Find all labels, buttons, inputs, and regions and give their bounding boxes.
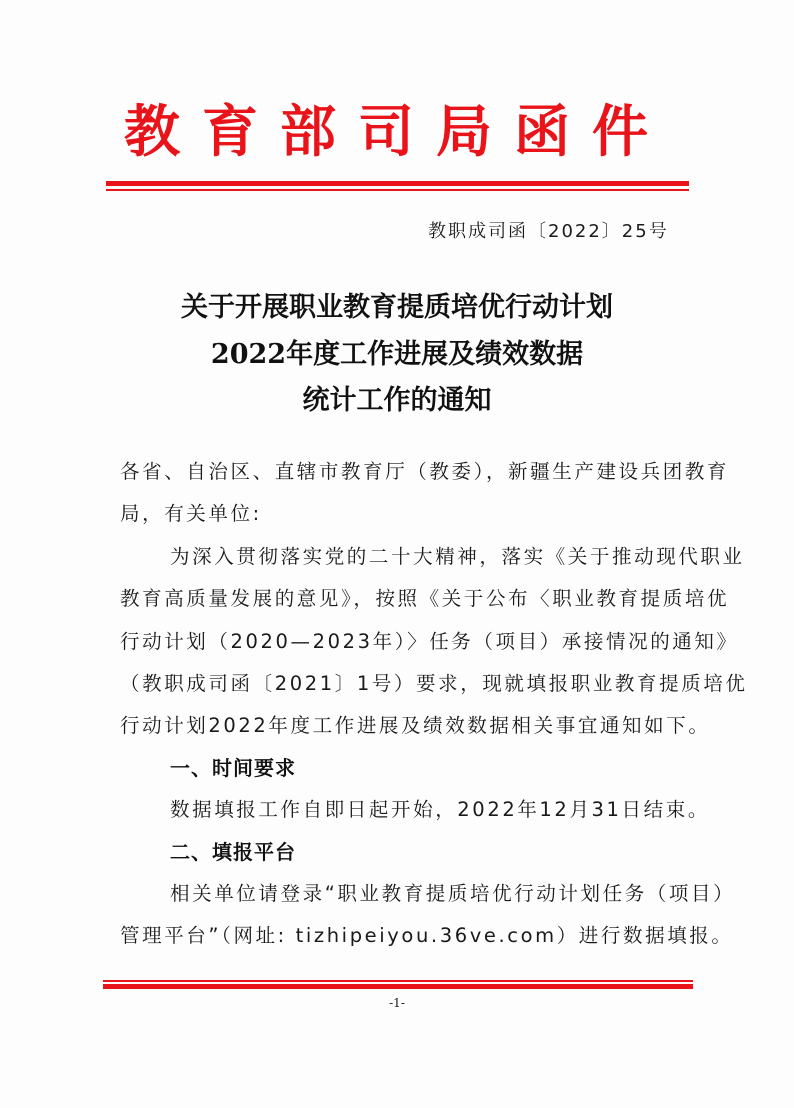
intro-line-5: 行动计划2022年度工作进展及绩效数据相关事宜通知如下。 xyxy=(120,710,710,738)
letterhead-rule-thin xyxy=(106,189,689,191)
letterhead-title: 教育部司局函件 xyxy=(0,100,794,164)
footer-rule-thin xyxy=(103,980,693,982)
section-platform-line-1: 相关单位请登录“职业教育提质培优行动计划任务（项目） xyxy=(170,878,735,906)
section-time-line-1: 数据填报工作自即日起开始，2022年12月31日结束。 xyxy=(170,794,710,822)
intro-line-4: （教职成司函〔2021〕1号）要求，现就填报职业教育提质培优 xyxy=(120,668,748,696)
page-number: -1- xyxy=(0,996,794,1010)
section-platform-line-2: 管理平台”（网址: tizhipeiyou.36ve.com）进行数据填报。 xyxy=(120,920,734,948)
section-heading-time: 一、时间要求 xyxy=(170,752,296,781)
letterhead-rule-thick xyxy=(106,181,689,186)
document-title-line-3: 统计工作的通知 xyxy=(0,378,794,417)
section-heading-platform: 二、填报平台 xyxy=(170,836,296,865)
document-title-line-2: 2022年度工作进展及绩效数据 xyxy=(0,332,794,371)
intro-line-2: 教育高质量发展的意见》，按照《关于公布〈职业教育提质培优 xyxy=(120,583,729,611)
salutation-line-1: 各省、自治区、直辖市教育厅（教委），新疆生产建设兵团教育 xyxy=(120,456,729,484)
intro-line-3: 行动计划（2020—2023年）〉任务（项目）承接情况的通知》 xyxy=(120,626,739,654)
intro-line-1: 为深入贯彻落实党的二十大精神，落实《关于推动现代职业 xyxy=(170,541,745,569)
salutation-line-2: 局，有关单位: xyxy=(120,498,262,526)
document-page: 教育部司局函件 教职成司函〔2022〕25号 关于开展职业教育提质培优行动计划 … xyxy=(0,0,794,1108)
footer-rule-thick xyxy=(103,984,693,989)
document-title-line-1: 关于开展职业教育提质培优行动计划 xyxy=(0,285,794,324)
document-number: 教职成司函〔2022〕25号 xyxy=(428,217,669,243)
